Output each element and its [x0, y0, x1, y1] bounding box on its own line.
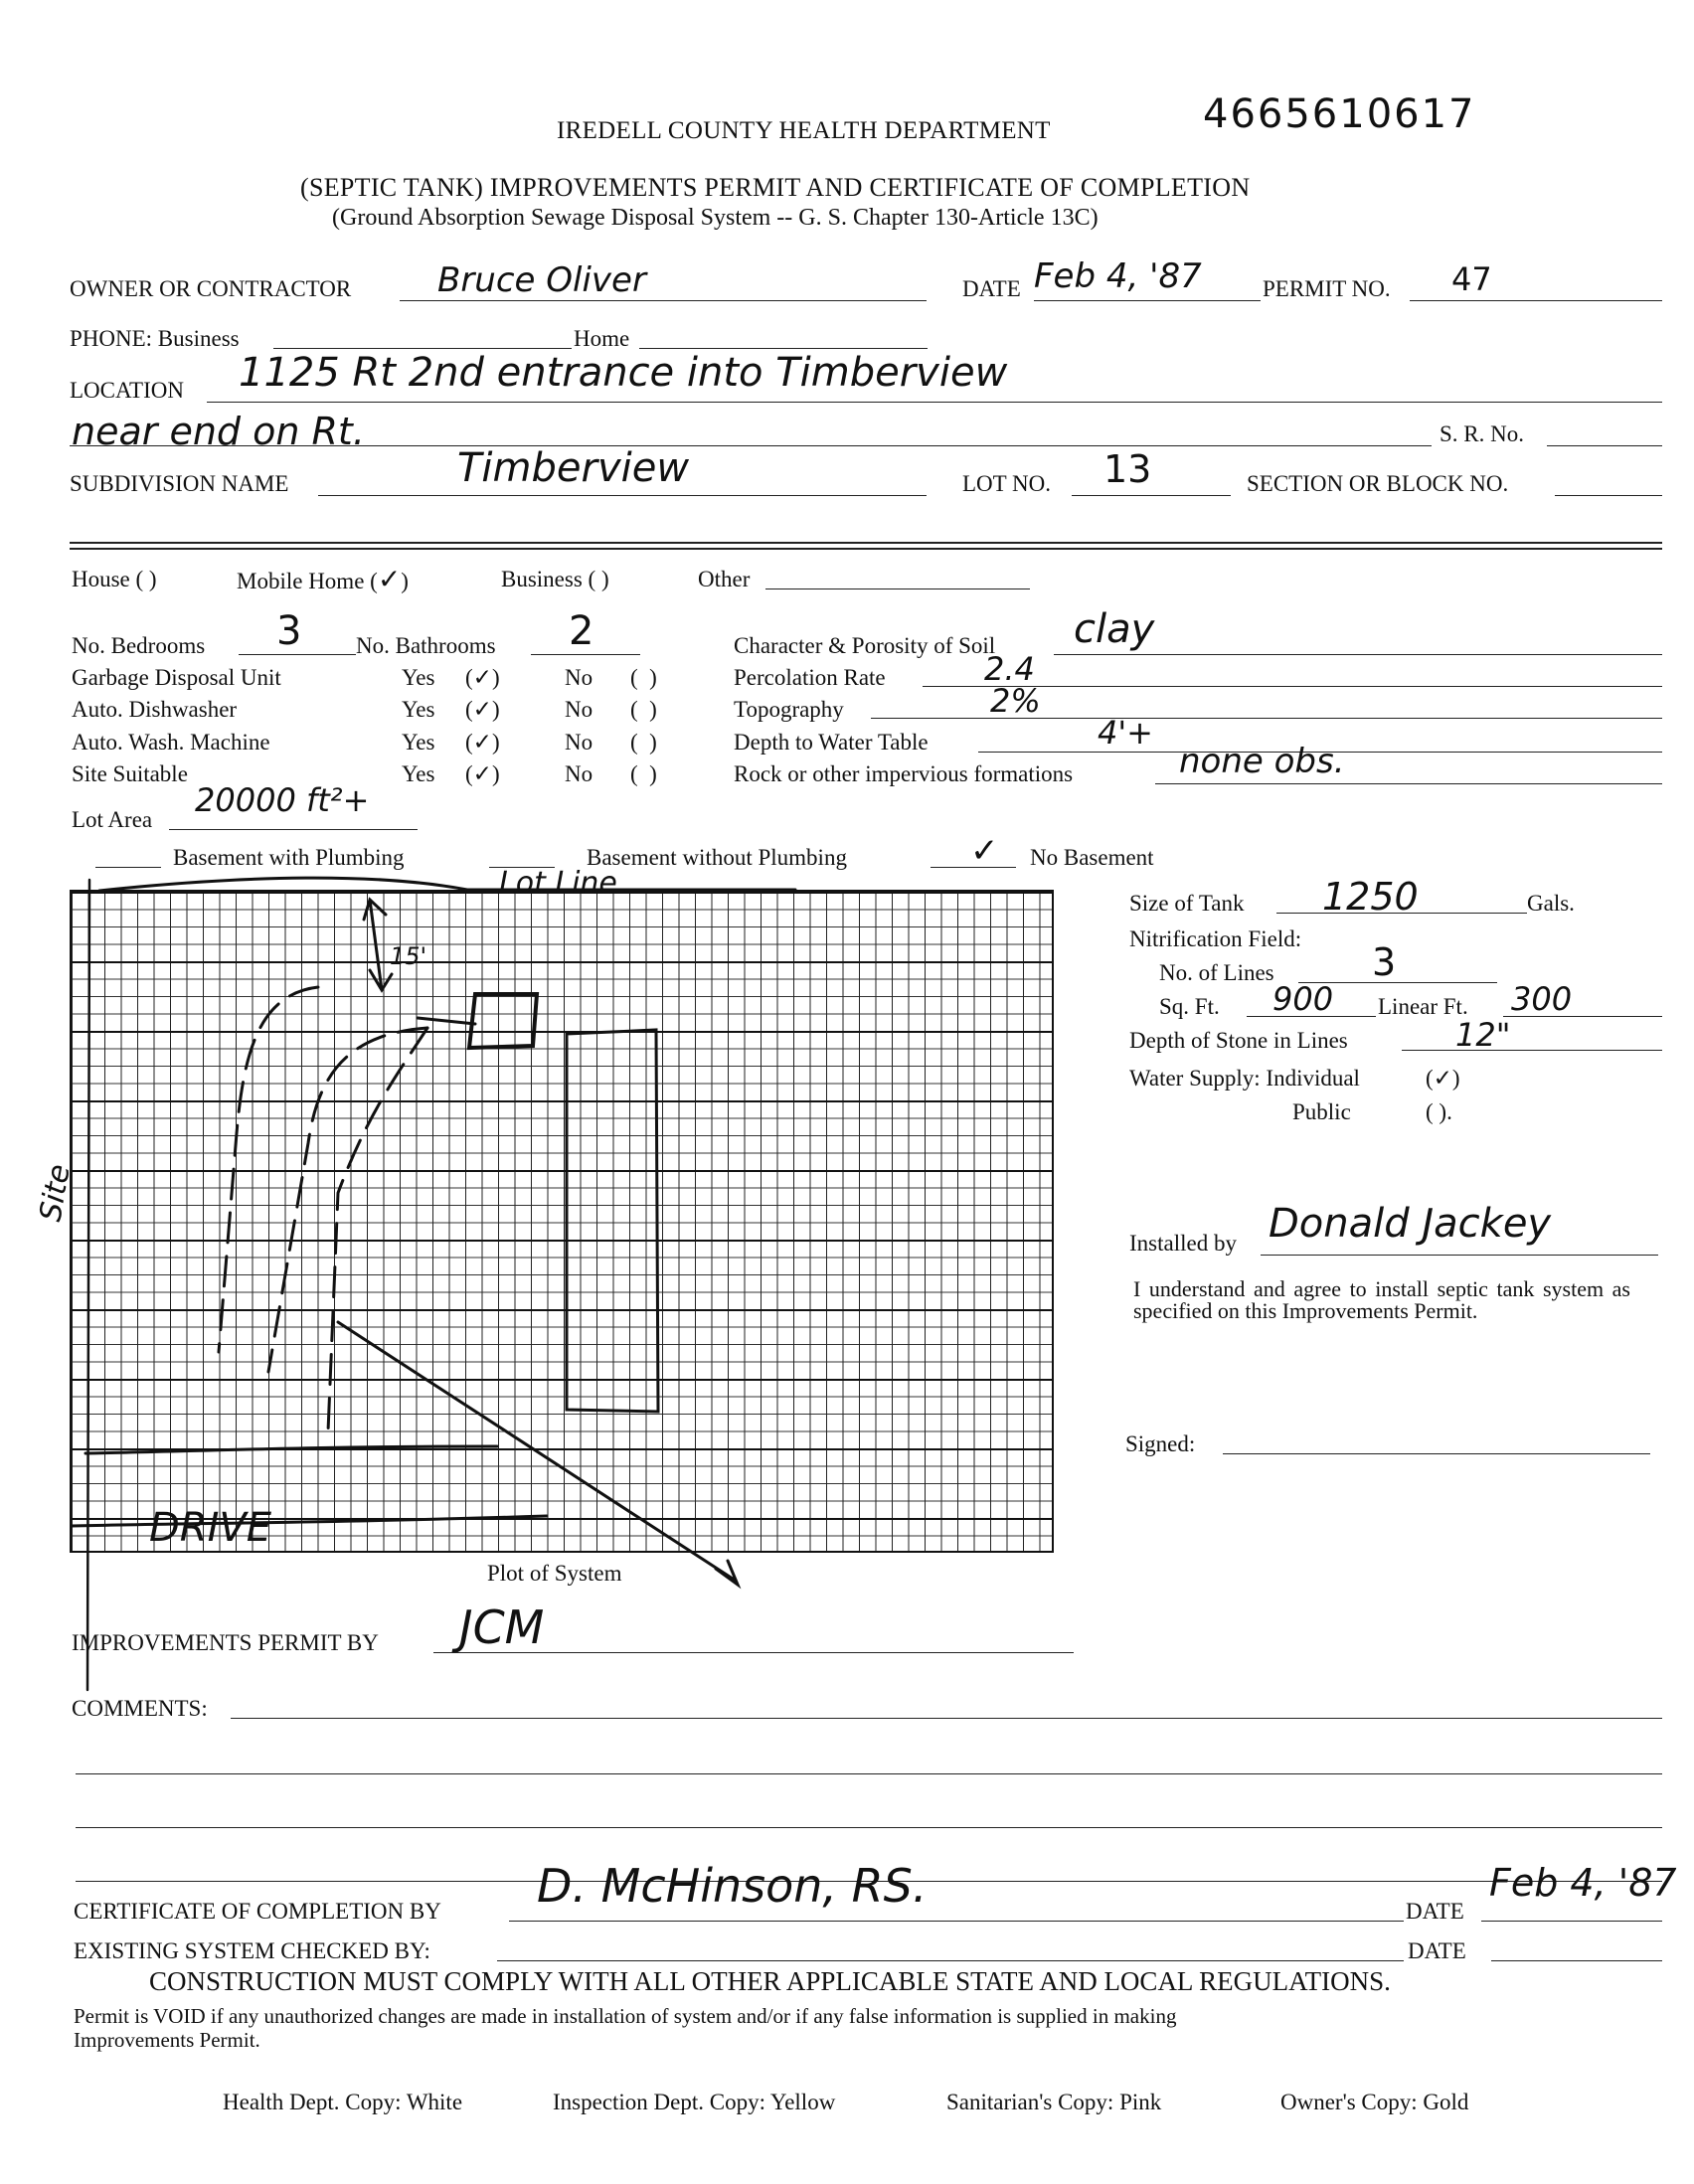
no-checkbox[interactable]: ( ): [630, 761, 657, 787]
certificate-date-value[interactable]: Feb 4, '87: [1489, 1861, 1677, 1905]
mobile-home-close: ): [401, 569, 409, 593]
section-block-label: SECTION OR BLOCK NO.: [1247, 471, 1508, 497]
basement-plumbing-blank[interactable]: [95, 867, 161, 868]
divider-top: [70, 542, 1662, 544]
section-block-field[interactable]: [1555, 495, 1662, 496]
location-line-1: [207, 402, 1662, 403]
comments-label: COMMENTS:: [72, 1696, 208, 1722]
installer-agreement: I understand and agree to install septic…: [1133, 1278, 1630, 1322]
comments-line-3[interactable]: [76, 1827, 1662, 1828]
comments-line-2[interactable]: [76, 1773, 1662, 1774]
lot-area-field-line: [169, 829, 418, 830]
plot-caption: Plot of System: [487, 1561, 621, 1587]
department-name: IREDELL COUNTY HEALTH DEPARTMENT: [557, 117, 1051, 145]
yes-label: Yes: [402, 761, 434, 787]
stone-depth-value[interactable]: 12": [1455, 1016, 1510, 1054]
subdivision-field-line: [318, 495, 927, 496]
date-value[interactable]: Feb 4, '87: [1034, 256, 1202, 296]
phone-home-field[interactable]: [639, 348, 928, 349]
topography-label: Topography: [734, 697, 844, 723]
date-field-line: [1034, 300, 1261, 301]
water-supply-label: Water Supply: Individual: [1129, 1066, 1360, 1092]
subdivision-label: SUBDIVISION NAME: [70, 471, 288, 497]
bathrooms-label: No. Bathrooms: [356, 633, 496, 659]
tank-size-value[interactable]: 1250: [1322, 875, 1419, 919]
existing-date-field[interactable]: [1491, 1960, 1662, 1961]
location-value-1[interactable]: 1125 Rt 2nd entrance into Timberview: [239, 350, 1007, 396]
form-subtitle: (Ground Absorption Sewage Disposal Syste…: [332, 205, 1099, 232]
checklist-item-label: Auto. Dishwasher: [72, 697, 237, 723]
no-label: No: [565, 730, 593, 756]
existing-date-label: DATE: [1408, 1938, 1466, 1964]
compliance-notice: CONSTRUCTION MUST COMPLY WITH ALL OTHER …: [149, 1966, 1391, 1997]
signed-field[interactable]: [1223, 1453, 1650, 1454]
no-checkbox[interactable]: ( ): [630, 665, 657, 691]
no-checkbox[interactable]: ( ): [630, 730, 657, 756]
certificate-value[interactable]: D. McHinson, RS.: [537, 1859, 927, 1913]
soil-character-line: [1054, 654, 1662, 655]
mobile-home-label: Mobile Home (: [237, 569, 378, 593]
rock-formations-line: [1155, 783, 1662, 784]
basement-without-plumbing-label: Basement without Plumbing: [587, 845, 847, 871]
existing-system-label: EXISTING SYSTEM CHECKED BY:: [74, 1938, 430, 1964]
yes-checkbox[interactable]: (✓): [465, 761, 500, 787]
permit-by-label: IMPROVEMENTS PERMIT BY: [72, 1630, 379, 1656]
sqft-value[interactable]: 900: [1272, 980, 1333, 1018]
subdivision-value[interactable]: Timberview: [457, 445, 689, 491]
location-value-2[interactable]: near end on Rt.: [72, 410, 365, 453]
rock-formations-label: Rock or other impervious formations: [734, 761, 1073, 787]
installed-by-label: Installed by: [1129, 1231, 1237, 1257]
copy-sanitarian: Sanitarian's Copy: Pink: [946, 2090, 1161, 2115]
bathrooms-value[interactable]: 2: [569, 608, 593, 654]
business-option[interactable]: Business ( ): [501, 567, 609, 592]
phone-business-label: PHONE: Business: [70, 326, 240, 352]
bathrooms-field-line: [531, 654, 640, 655]
existing-system-field[interactable]: [497, 1960, 1404, 1961]
tank-size-label: Size of Tank: [1129, 891, 1245, 917]
rock-formations-value[interactable]: none obs.: [1179, 742, 1345, 781]
bedrooms-label: No. Bedrooms: [72, 633, 205, 659]
checklist-item-label: Auto. Wash. Machine: [72, 730, 270, 756]
tank-size-unit: Gals.: [1527, 891, 1575, 917]
certificate-date-line: [1481, 1921, 1662, 1922]
parcel-number: 4665610617: [1203, 91, 1476, 137]
water-table-value[interactable]: 4'+: [1098, 714, 1153, 752]
yes-label: Yes: [402, 697, 434, 723]
soil-character-label: Character & Porosity of Soil: [734, 633, 995, 659]
plot-grid: [70, 890, 1054, 1553]
lot-area-label: Lot Area: [72, 807, 152, 833]
sr-no-label: S. R. No.: [1440, 421, 1524, 447]
other-field[interactable]: [765, 588, 1030, 589]
yes-label: Yes: [402, 665, 434, 691]
installed-by-line: [1261, 1255, 1658, 1256]
yes-checkbox[interactable]: (✓): [465, 665, 500, 691]
house-option[interactable]: House ( ): [72, 567, 157, 592]
check-icon: ✓: [473, 665, 492, 691]
lines-value[interactable]: 3: [1372, 940, 1396, 984]
permit-no-field-line: [1410, 300, 1662, 301]
certificate-line: [509, 1921, 1404, 1922]
perc-rate-label: Percolation Rate: [734, 665, 886, 691]
bedrooms-value[interactable]: 3: [276, 608, 301, 654]
water-individual-check[interactable]: (✓): [1426, 1066, 1460, 1092]
checklist-item-label: Site Suitable: [72, 761, 188, 787]
soil-character-value[interactable]: clay: [1074, 606, 1154, 652]
no-label: No: [565, 697, 593, 723]
form-title: (SEPTIC TANK) IMPROVEMENTS PERMIT AND CE…: [300, 173, 1250, 203]
comments-line-1[interactable]: [231, 1718, 1662, 1719]
linear-ft-value[interactable]: 300: [1511, 980, 1572, 1018]
void-notice-line-1: Permit is VOID if any unauthorized chang…: [74, 2004, 1176, 2028]
mobile-home-check-icon: ✓: [378, 563, 401, 595]
copy-owner: Owner's Copy: Gold: [1280, 2090, 1468, 2115]
no-basement-label: No Basement: [1030, 845, 1154, 871]
sqft-label: Sq. Ft.: [1159, 994, 1220, 1020]
void-notice-line-2: Improvements Permit.: [74, 2028, 260, 2052]
basement-with-plumbing-label: Basement with Plumbing: [173, 845, 405, 871]
permit-by-value[interactable]: JCM: [459, 1600, 544, 1654]
owner-label: OWNER OR CONTRACTOR: [70, 276, 351, 302]
no-label: No: [565, 665, 593, 691]
check-icon: ✓: [473, 730, 492, 756]
no-basement-check-icon: ✓: [970, 831, 999, 871]
sr-no-field[interactable]: [1547, 445, 1662, 446]
no-checkbox[interactable]: ( ): [630, 697, 657, 723]
phone-home-label: Home: [574, 326, 629, 352]
lot-no-field-line: [1072, 495, 1231, 496]
yes-label: Yes: [402, 730, 434, 756]
topography-value[interactable]: 2%: [990, 682, 1041, 720]
check-icon: ✓: [473, 697, 492, 723]
stone-depth-label: Depth of Stone in Lines: [1129, 1028, 1348, 1054]
lines-label: No. of Lines: [1159, 960, 1274, 986]
lot-no-value[interactable]: 13: [1103, 447, 1151, 491]
permit-no-label: PERMIT NO.: [1263, 276, 1391, 302]
installed-by-value[interactable]: Donald Jackey: [1269, 1201, 1551, 1247]
date-label: DATE: [962, 276, 1021, 302]
basement-no-plumbing-blank[interactable]: [489, 867, 555, 868]
water-public-check[interactable]: ( ).: [1426, 1099, 1452, 1125]
divider-bottom: [70, 548, 1662, 550]
mobile-home-option[interactable]: Mobile Home (✓): [237, 567, 409, 594]
certificate-label: CERTIFICATE OF COMPLETION BY: [74, 1899, 441, 1925]
copy-health-dept: Health Dept. Copy: White: [223, 2090, 462, 2115]
no-label: No: [565, 761, 593, 787]
certificate-date-label: DATE: [1406, 1899, 1464, 1925]
bedrooms-field-line: [239, 654, 356, 655]
other-label: Other: [698, 567, 750, 592]
permit-no-value[interactable]: 47: [1451, 260, 1492, 298]
stone-depth-line: [1402, 1050, 1662, 1051]
phone-business-field[interactable]: [273, 348, 572, 349]
nitrification-label: Nitrification Field:: [1129, 926, 1301, 952]
yes-checkbox[interactable]: (✓): [465, 697, 500, 723]
location-label: LOCATION: [70, 378, 184, 404]
signed-label: Signed:: [1125, 1431, 1195, 1457]
checklist-item-label: Garbage Disposal Unit: [72, 665, 281, 691]
lot-no-label: LOT NO.: [962, 471, 1051, 497]
water-public-label: Public: [1292, 1099, 1351, 1125]
check-icon: ✓: [473, 761, 492, 787]
water-table-label: Depth to Water Table: [734, 730, 929, 756]
copy-inspection-dept: Inspection Dept. Copy: Yellow: [553, 2090, 835, 2115]
lot-area-value[interactable]: 20000 ft²+: [195, 781, 369, 819]
owner-value[interactable]: Bruce Oliver: [437, 260, 646, 300]
yes-checkbox[interactable]: (✓): [465, 730, 500, 756]
owner-field-line: [400, 300, 927, 301]
